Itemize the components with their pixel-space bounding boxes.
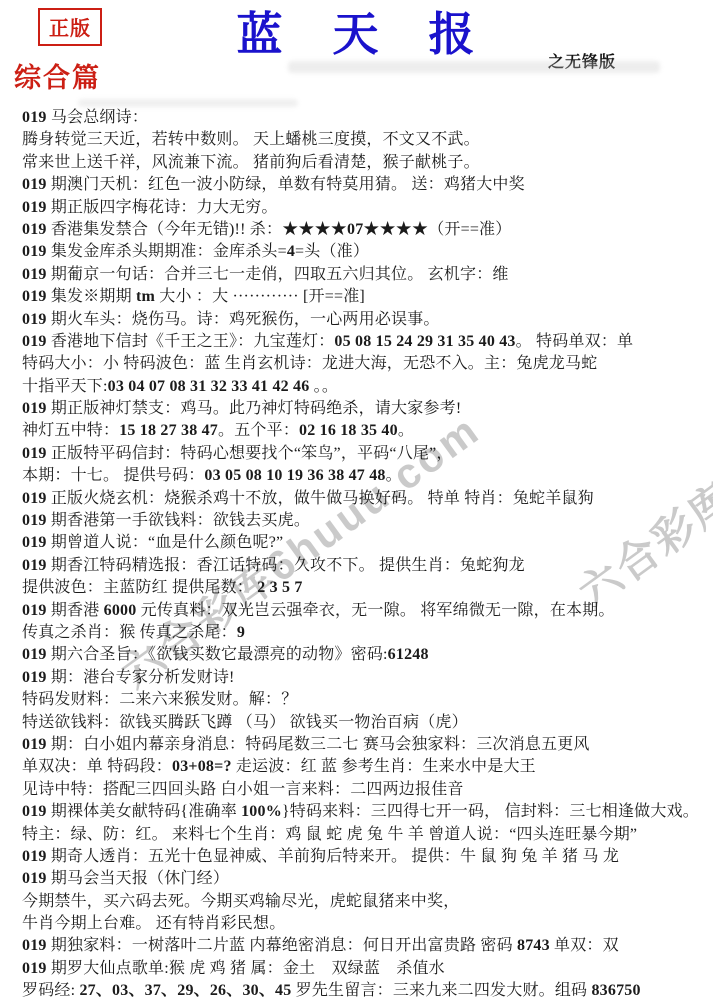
text-segment: 期独家料：一树落叶二片蓝 内幕绝密消息：何日开出富贵路 密码 (51, 937, 517, 954)
text-segment: 本期：十七。 提供号码： (22, 467, 204, 484)
text-line: 019 期奇人透肖：五光十色显神威、羊前狗后特来开。 提供：牛 鼠 狗 兔 羊 … (22, 846, 711, 868)
text-line: 019 期香港第一手欲钱料：欲钱去买虎。 (22, 510, 711, 532)
text-line: 提供波色：主蓝防红 提供尾数： 2 3 5 7 (22, 577, 711, 599)
text-segment-bold: 019 (22, 736, 51, 753)
text-segment-bold: 019 (22, 490, 51, 507)
text-segment: 大小 ：大 ············ [开==准] (159, 288, 365, 305)
text-segment: 。 (398, 422, 414, 439)
text-line: 019 期：港台专家分析发财诗! (22, 667, 711, 689)
text-segment-bold: 9 (237, 624, 245, 641)
text-segment: 期正版神灯禁支：鸡马。此乃神灯特码绝杀，请大家参考! (51, 400, 462, 417)
text-segment: 期：白小姐内幕亲身消息：特码尾数三二七 赛马会独家料：三次消息五更风 (51, 736, 590, 753)
newspaper-page: 正版 蓝 天 报 之无锋版 综合篇 六合彩库6huuu.com 六合彩库6h 0… (0, 0, 713, 1007)
text-line: 019 集发金库杀头期期准：金库杀头=4=头（准） (22, 241, 711, 263)
text-segment: 期：港台专家分析发财诗! (51, 669, 235, 686)
text-line: 019 期香港 6000 元传真料：双光岂云强牵衣，无一隙。 将军绵微无一隙，在… (22, 600, 711, 622)
text-line: 019 期曾道人说：“血是什么颜色呢?” (22, 532, 711, 554)
text-segment-bold: 100% (241, 803, 282, 820)
text-segment-bold: 019 (22, 445, 51, 462)
text-segment-bold: 019 (22, 243, 51, 260)
text-segment: 马会总纲诗： (51, 109, 148, 126)
text-segment: }特码来料：三四得七开一码， 信封料：三七相逢做大戏。 (282, 803, 699, 820)
text-segment-bold: 8743 (517, 937, 554, 954)
text-segment: 特码大小：小 特码波色：蓝 生肖玄机诗：龙进大海，无恐不入。主：兔虎龙马蛇 (22, 355, 597, 372)
text-segment: 传真之杀肖：猴 传真之杀尾： (22, 624, 237, 641)
text-segment-bold: 019 (22, 870, 51, 887)
text-segment: 期香港 (51, 602, 104, 619)
text-segment: 神灯五中特： (22, 422, 119, 439)
text-segment-bold: 019 (22, 199, 51, 216)
text-segment-bold: 03 05 08 10 19 36 38 47 48 (204, 467, 385, 484)
text-line: 特主：绿、防：红。 来料七个生肖：鸡 鼠 蛇 虎 兔 牛 羊 曾道人说：“四头连… (22, 824, 711, 846)
text-segment: 单双决：单 特码段： (22, 758, 172, 775)
text-segment-bold: 019 (22, 534, 51, 551)
text-line: 神灯五中特：15 18 27 38 47。五个平：02 16 18 35 40。 (22, 420, 711, 442)
text-line: 019 集发※期期 tm 大小 ：大 ············ [开==准] (22, 286, 711, 308)
text-segment-bold: 03+08=? (172, 758, 232, 775)
text-segment-bold: 61248 (388, 646, 429, 663)
text-segment: 期正版四字梅花诗：力大无穷。 (51, 199, 278, 216)
text-segment-bold: 019 (22, 646, 51, 663)
text-segment-bold: 019 (22, 602, 51, 619)
text-segment: 期裸体美女献特码{准确率 (51, 803, 241, 820)
text-segment: 正版火烧玄机：烧猴杀鸡十不放，做牛做马换好码。 特单 特肖：兔蛇羊鼠狗 (51, 490, 594, 507)
text-line: 019 正版特平码信封：特码心想要找个“笨鸟”，平码“八尾”， (22, 443, 711, 465)
text-segment-bold: 02 16 18 35 40 (299, 422, 398, 439)
text-segment: =头（准） (295, 243, 369, 260)
text-segment-bold: tm (136, 288, 159, 305)
text-line: 特码大小：小 特码波色：蓝 生肖玄机诗：龙进大海，无恐不入。主：兔虎龙马蛇 (22, 353, 711, 375)
text-segment: 。 (386, 467, 402, 484)
text-segment-bold: 019 (22, 176, 51, 193)
text-line: 019 期六合圣旨：《欲钱买数它最漂亮的动物》密码:61248 (22, 644, 711, 666)
text-segment: 提供波色：主蓝防红 提供尾数： (22, 579, 257, 596)
text-segment-bold: 019 (22, 937, 51, 954)
text-segment: 期火车头：烧伤马。诗：鸡死猴伤，一心两用必误事。 (51, 311, 440, 328)
text-segment: 元传真料：双光岂云强牵衣，无一隙。 将军绵微无一隙，在本期。 (141, 602, 615, 619)
section-title: 综合篇 (14, 56, 101, 95)
text-segment-bold: 019 (22, 311, 51, 328)
text-segment: 特送欲钱料：欲钱买腾跃飞蹲 （马） 欲钱买一物治百病（虎） (22, 714, 468, 731)
print-smudge (78, 99, 298, 107)
text-segment-bold: 27、03、37、29、26、30、45 (75, 982, 295, 999)
text-segment: 特码发财料：二来六来猴发财。解：？ (22, 691, 297, 708)
text-segment: 牛肖今期上台难。 还有特肖彩民想。 (22, 915, 285, 932)
text-segment-bold: 019 (22, 557, 51, 574)
text-line: 019 香港地下信封《千王之王》：九宝莲灯：05 08 15 24 29 31 … (22, 331, 711, 353)
text-segment-bold: 019 (22, 266, 51, 283)
text-segment: 集发金库杀头期期准：金库杀头= (51, 243, 287, 260)
text-segment-bold: 03 04 07 08 31 32 33 41 42 46 (108, 378, 310, 395)
text-segment: 。五个平： (218, 422, 299, 439)
text-segment-bold: 836750 (591, 982, 640, 999)
text-segment-bold: 4 (287, 243, 295, 260)
text-segment: 正版特平码信封：特码心想要找个“笨鸟”，平码“八尾”， (51, 445, 453, 462)
text-line: 019 香港集发禁合（今年无错)!! 杀：★★★★07★★★★（开==准） (22, 219, 711, 241)
text-line: 单双决：单 特码段：03+08=? 走运波：红 蓝 参考生肖：生来水中是大王 (22, 756, 711, 778)
text-line: 019 马会总纲诗： (22, 107, 711, 129)
text-line: 腾身转觉三天近，若转中数则。 天上蟠桃三度摸，不文又不武。 (22, 129, 711, 151)
text-line: 牛肖今期上台难。 还有特肖彩民想。 (22, 913, 711, 935)
text-line: 019 期澳门天机：红色一波小防绿，单数有特莫用猜。 送：鸡猪大中奖 (22, 174, 711, 196)
text-segment: 走运波：红 蓝 参考生肖：生来水中是大王 (232, 758, 536, 775)
text-line: 019 期裸体美女献特码{准确率 100%}特码来料：三四得七开一码， 信封料：… (22, 801, 711, 823)
text-segment: 期香港第一手欲钱料：欲钱去买虎。 (51, 512, 310, 529)
text-segment: 期曾道人说：“血是什么颜色呢?” (51, 534, 284, 551)
text-segment-bold: 019 (22, 400, 51, 417)
text-segment: 期澳门天机：红色一波小防绿，单数有特莫用猜。 送：鸡猪大中奖 (51, 176, 525, 193)
text-segment: 香港集发禁合（今年无错)!! 杀：★★★★ (51, 221, 347, 238)
text-line: 019 期香江特码精选报：香江话特码：久攻不下。 提供生肖：兔蛇狗龙 (22, 555, 711, 577)
text-line: 特码发财料：二来六来猴发财。解：？ (22, 689, 711, 711)
text-line: 019 期正版神灯禁支：鸡马。此乃神灯特码绝杀，请大家参考! (22, 398, 711, 420)
text-segment-bold: 019 (22, 109, 51, 126)
text-segment-bold: 15 18 27 38 47 (119, 422, 218, 439)
text-segment: 期六合圣旨：《欲钱买数它最漂亮的动物》密码: (51, 646, 388, 663)
text-line: 019 期正版四字梅花诗：力大无穷。 (22, 197, 711, 219)
text-segment-bold: 019 (22, 848, 51, 865)
text-segment: 集发※期期 (51, 288, 136, 305)
text-line: 传真之杀肖：猴 传真之杀尾：9 (22, 622, 711, 644)
text-segment-bold: 019 (22, 288, 51, 305)
text-segment: 罗码经: (22, 982, 75, 999)
text-line: 019 期葡京一句话：合并三七一走俏，四取五六归其位。 玄机字：维 (22, 264, 711, 286)
text-segment-bold: 019 (22, 333, 51, 350)
text-segment-bold: 019 (22, 960, 51, 977)
text-segment: 。。 (309, 378, 338, 395)
print-smudge (288, 61, 660, 73)
text-segment: 期葡京一句话：合并三七一走俏，四取五六归其位。 玄机字：维 (51, 266, 509, 283)
text-line: 019 正版火烧玄机：烧猴杀鸡十不放，做牛做马换好码。 特单 特肖：兔蛇羊鼠狗 (22, 488, 711, 510)
text-line: 019 期：白小姐内幕亲身消息：特码尾数三二七 赛马会独家料：三次消息五更风 (22, 734, 711, 756)
text-segment-bold: 2 3 5 7 (257, 579, 302, 596)
text-line: 十指平天下:03 04 07 08 31 32 33 41 42 46 。。 (22, 376, 711, 398)
text-segment: 期马会当天报（休门经） (51, 870, 229, 887)
text-segment: 单双：双 (554, 937, 619, 954)
text-segment: 见诗中特：搭配三四回头路 白小姐一言来料：二四两边报佳音 (22, 781, 464, 798)
text-line: 特送欲钱料：欲钱买腾跃飞蹲 （马） 欲钱买一物治百病（虎） (22, 712, 711, 734)
text-segment: ★★★★（开==准） (363, 221, 511, 238)
text-line: 见诗中特：搭配三四回头路 白小姐一言来料：二四两边报佳音 (22, 779, 711, 801)
text-segment: 期罗大仙点歌单:猴 虎 鸡 猪 属：金土 双绿蓝 杀值水 (51, 960, 445, 977)
text-line: 019 期罗大仙点歌单:猴 虎 鸡 猪 属：金土 双绿蓝 杀值水 (22, 958, 711, 980)
text-line: 罗码经: 27、03、37、29、26、30、45 罗先生留言：三来九来二四发大… (22, 980, 711, 1002)
text-segment: 香港地下信封《千王之王》：九宝莲灯： (51, 333, 335, 350)
text-line: 019 期马会当天报（休门经） (22, 868, 711, 890)
text-segment: 腾身转觉三天近，若转中数则。 天上蟠桃三度摸，不文又不武。 (22, 131, 480, 148)
text-segment-bold: 6000 (104, 602, 141, 619)
text-segment: 十指平天下: (22, 378, 108, 395)
text-segment-bold: 019 (22, 669, 51, 686)
text-segment: 期奇人透肖：五光十色显神威、羊前狗后特来开。 提供：牛 鼠 狗 兔 羊 猪 马 … (51, 848, 619, 865)
text-line: 019 期火车头：烧伤马。诗：鸡死猴伤，一心两用必误事。 (22, 309, 711, 331)
text-line: 常来世上送千祥，风流兼下流。 猪前狗后看清楚，猴子献桃子。 (22, 152, 711, 174)
text-segment-bold: 05 08 15 24 29 31 35 40 43 (334, 333, 515, 350)
text-segment: 特主：绿、防：红。 来料七个生肖：鸡 鼠 蛇 虎 兔 牛 羊 曾道人说：“四头连… (22, 826, 637, 843)
body-text: 019 马会总纲诗：腾身转觉三天近，若转中数则。 天上蟠桃三度摸，不文又不武。常… (22, 107, 711, 1003)
text-line: 今期禁牛，买六码去死。今期买鸡输尽光，虎蛇鼠猪来中奖， (22, 891, 711, 913)
text-segment: 期香江特码精选报：香江话特码：久攻不下。 提供生肖：兔蛇狗龙 (51, 557, 525, 574)
text-segment: 今期禁牛，买六码去死。今期买鸡输尽光，虎蛇鼠猪来中奖， (22, 893, 459, 910)
text-segment: 常来世上送千祥，风流兼下流。 猪前狗后看清楚，猴子献桃子。 (22, 154, 480, 171)
text-segment-bold: 07 (347, 221, 363, 238)
text-segment: 罗先生留言：三来九来二四发大财。组码 (296, 982, 592, 999)
text-segment: 。 特码单双：单 (516, 333, 634, 350)
text-line: 019 期独家料：一树落叶二片蓝 内幕绝密消息：何日开出富贵路 密码 8743 … (22, 935, 711, 957)
text-segment-bold: 019 (22, 221, 51, 238)
text-line: 本期：十七。 提供号码：03 05 08 10 19 36 38 47 48。 (22, 465, 711, 487)
text-segment-bold: 019 (22, 512, 51, 529)
text-segment-bold: 019 (22, 803, 51, 820)
